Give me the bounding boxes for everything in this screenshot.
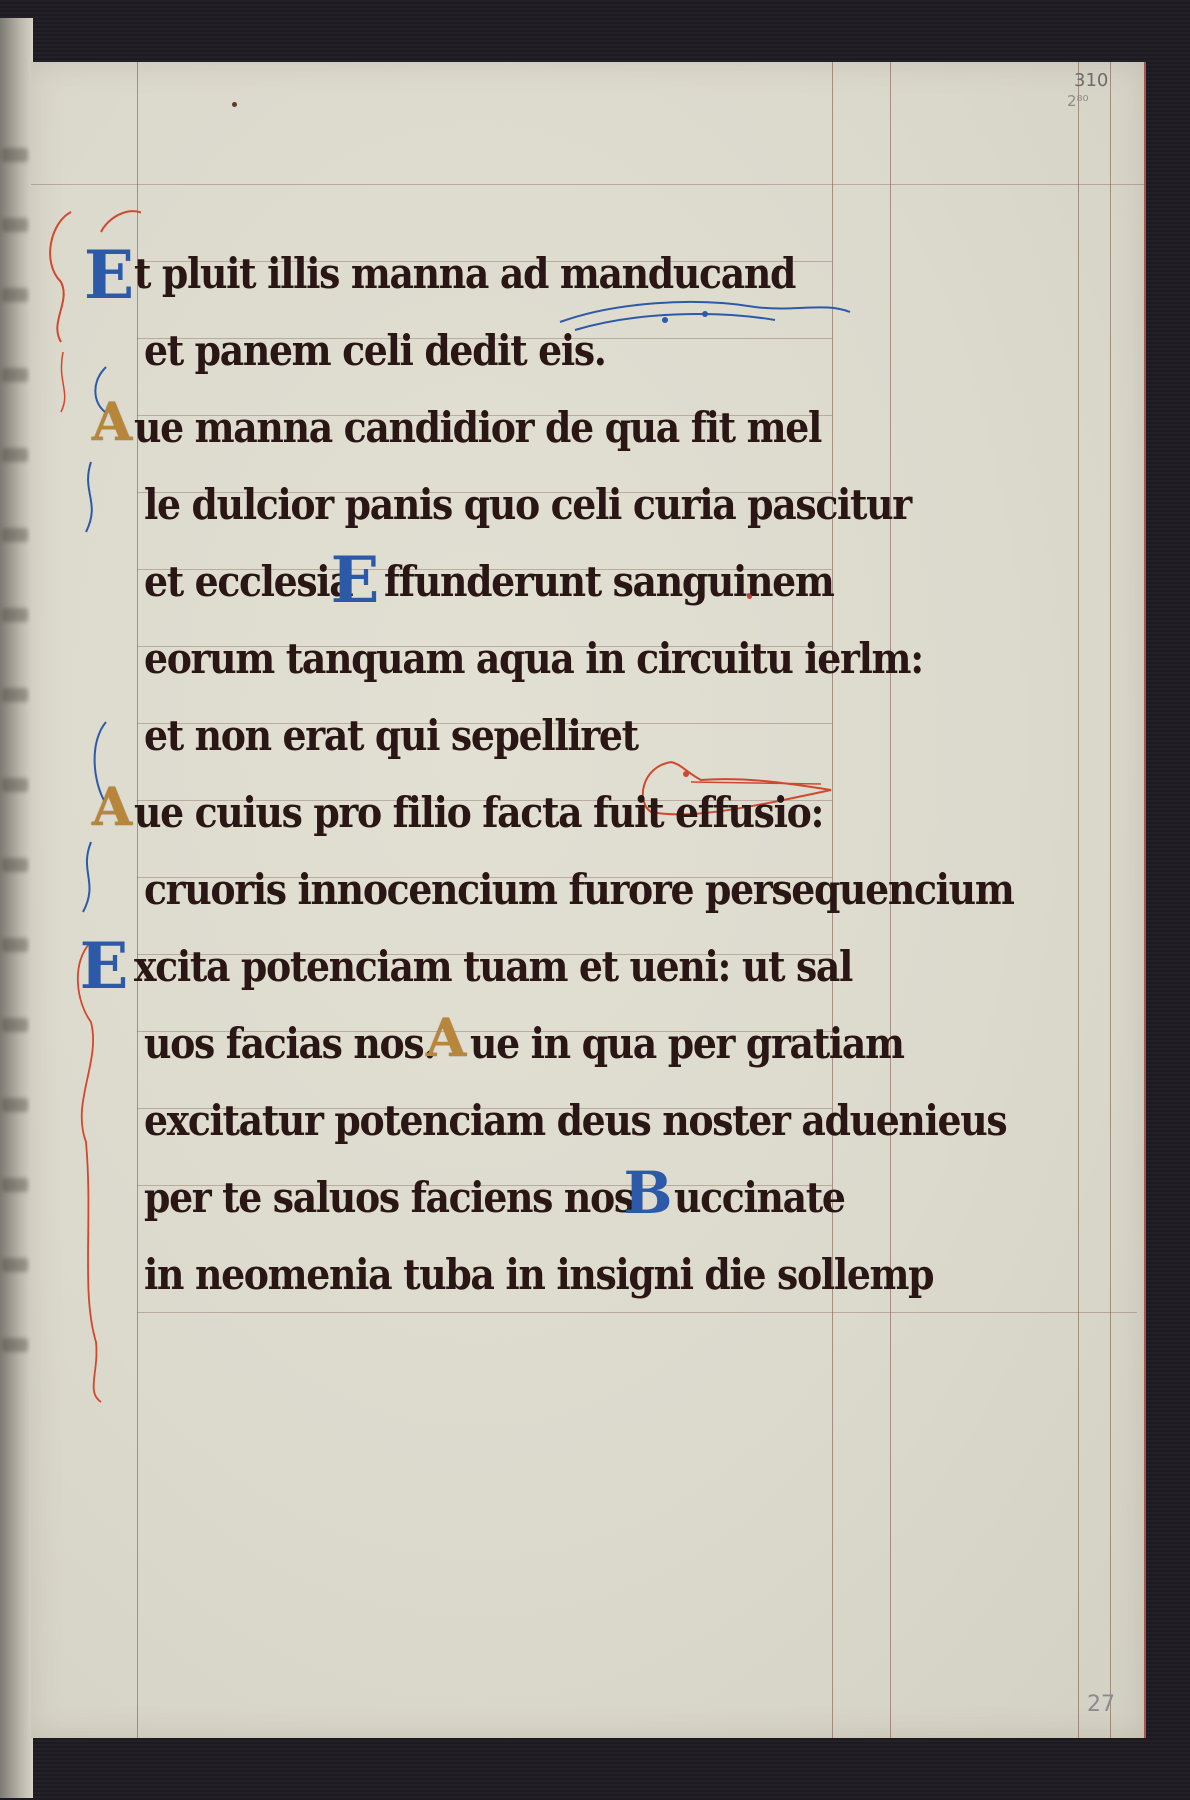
text-line: uos facias nos. [144,1005,435,1082]
ink-speck [232,102,237,107]
text-line-continued: uccinate [674,1159,845,1236]
text-line-continued: ue in qua per gratiam [470,1005,904,1082]
initial-a: A [92,393,132,453]
page-number-bottom: 27 [1087,1692,1115,1717]
text-line: ue manna candidior de qua fit mel [134,389,821,466]
ruling-margin-2 [1078,62,1079,1738]
initial-a-inline: A [426,1009,466,1069]
text-line: cruoris innocencium furore persequencium [144,851,1013,928]
adjacent-page-edge [0,18,33,1798]
manuscript-page: 310 2⁸⁰ 27 E t pluit illis manna ad mand… [31,62,1146,1738]
text-line: et non erat qui sepelliret [144,697,638,774]
text-line: t pluit illis manna ad manducand [134,235,795,312]
red-speck [747,594,752,599]
text-line: le dulcior panis quo celi curia pascitur [144,466,911,543]
text-line-continued: ffunderunt sanguinem [384,543,834,620]
ruling-margin-3 [1110,62,1111,1738]
text-line: eorum tanquam aqua in circuitu ierlm: [144,620,923,697]
initial-e: E [76,932,132,1002]
text-line: et panem celi dedit eis. [144,312,606,389]
text-line: excitatur potenciam deus noster aduenieu… [144,1082,1006,1159]
ruling-left [137,62,138,1738]
initial-a: A [92,778,132,838]
text-line: xcita potenciam tuam et ueni: ut sal [134,928,852,1005]
text-line: in neomenia tuba in insigni die sollemp [144,1236,933,1313]
folio-number-secondary: 2⁸⁰ [1067,92,1089,110]
folio-number: 310 [1074,70,1108,91]
ruling-top [31,184,1144,185]
initial-e: E [84,240,134,310]
initial-b-inline: B [624,1163,672,1223]
text-line: et ecclesia [144,543,352,620]
text-line: per te saluos faciens nos [144,1159,634,1236]
text-line: ue cuius pro filio facta fuit effusio: [134,774,823,851]
initial-e-inline: E [330,546,380,616]
